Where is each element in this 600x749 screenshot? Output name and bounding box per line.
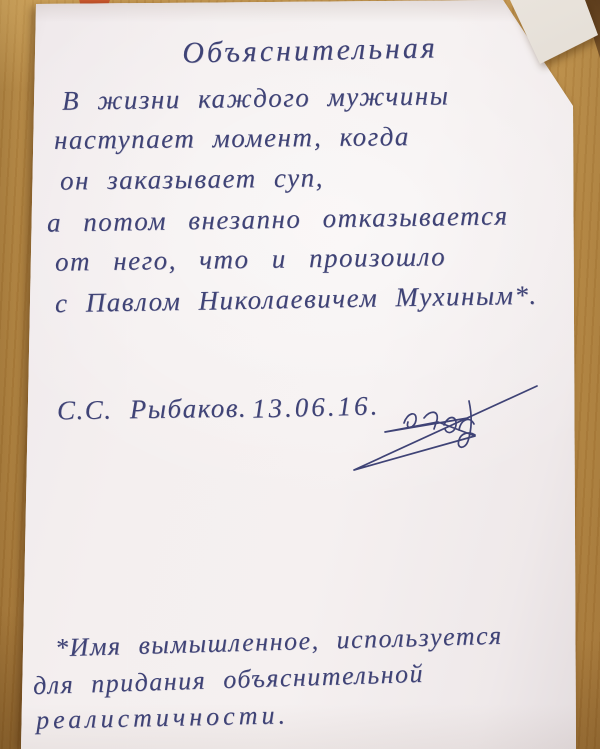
photo-of-note: Объяснительная В жизни каждого мужчины н… [0,0,600,749]
folded-paper-corner [0,0,600,749]
folded-paper-corner-shadow [0,0,600,749]
